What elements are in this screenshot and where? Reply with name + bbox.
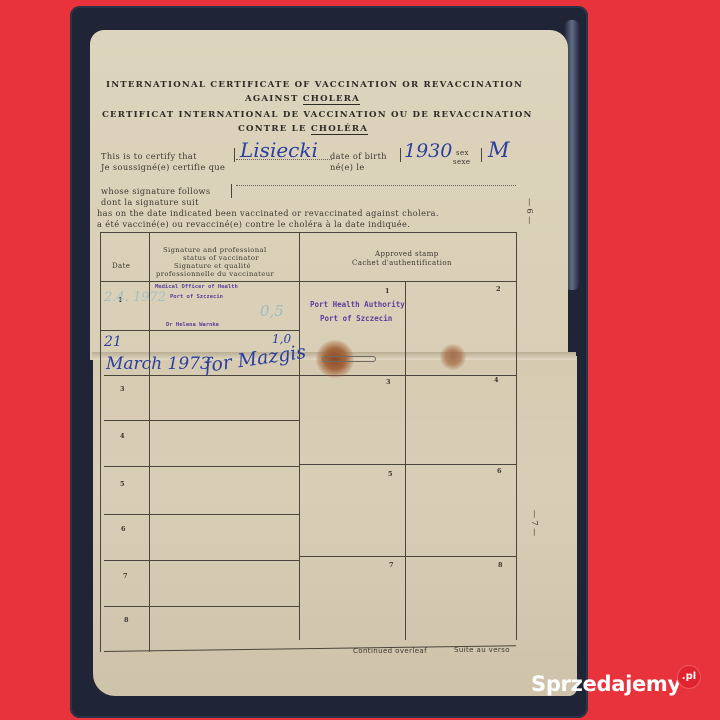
title-fr-line1: CERTIFICAT INTERNATIONAL DE VACCINATION … (102, 110, 533, 120)
stamp-cell-number: 8 (498, 561, 503, 569)
certify-label-en: This is to certify that (101, 151, 197, 161)
sprzedajemy-watermark: Sprzedajemy (531, 672, 681, 696)
col-header-stamp-1: Approved stamp (375, 250, 439, 258)
stamp-cell-number: 7 (389, 561, 394, 569)
entry1-dose-faded: 0,5 (260, 302, 284, 320)
field-divider (481, 148, 482, 162)
col-header-signature-3: Signature et qualité (174, 262, 251, 270)
stamp-cell-number: 3 (386, 378, 391, 386)
dob-field: 1930 (404, 140, 452, 162)
entry2-dose: 1,0 (272, 332, 291, 346)
row-number: 7 (123, 572, 128, 580)
row-number: 3 (120, 385, 125, 393)
stamp-cell-number: 2 (496, 285, 501, 293)
title-fr-prefix: CONTRE LE (238, 124, 307, 134)
entry1-officer-stamp-3: Dr Helena Warnke (166, 322, 219, 328)
row-number: 8 (124, 616, 129, 624)
entry1-officer-stamp-1: Medical Officer of Health (155, 284, 238, 290)
sprzedajemy-tld-badge: .pl (678, 666, 700, 688)
row-number: 6 (121, 525, 126, 533)
title-fr-line2: CONTRE LE CHOLÉRA (238, 124, 368, 134)
entry1-authority-stamp-2: Port of Szczecin (320, 314, 392, 323)
sex-label-fr: sexe (453, 158, 470, 166)
field-divider (231, 184, 232, 198)
signature-label-fr: dont la signature suit (101, 197, 199, 207)
field-divider (234, 148, 235, 162)
rust-stain (440, 344, 466, 370)
row-number: 5 (120, 480, 125, 488)
title-en-disease: CHOLERA (303, 94, 360, 105)
footer-continued-fr: Suite au verso (454, 646, 510, 654)
sex-field: M (488, 138, 510, 162)
stamp-cell-number: 1 (385, 287, 390, 295)
col-header-signature-4: professionnelle du vaccinateur (156, 270, 274, 278)
page-number-top: — 6 — (525, 198, 534, 224)
entry1-date-faded: 2.4. 1972 (104, 290, 166, 305)
dob-label-fr: né(e) le (330, 162, 365, 172)
entry2-date-month-year: March 1973 (106, 354, 211, 374)
name-underline (236, 159, 332, 160)
entry1-authority-stamp-1: Port Health Authority (310, 300, 405, 309)
signature-field (236, 185, 516, 186)
field-divider (400, 148, 401, 162)
entry2-date-day: 21 (104, 334, 122, 350)
col-header-signature-1: Signature and professional (163, 246, 267, 254)
row-number: 4 (120, 432, 125, 440)
stamp-cell-number: 4 (494, 376, 499, 384)
stamp-cell-number: 6 (497, 467, 502, 475)
title-en-line2: AGAINST CHOLERA (245, 94, 360, 104)
dob-label-en: date of birth (330, 151, 387, 161)
sex-label-en: sex (456, 149, 469, 157)
statement-fr: a été vacciné(e) ou revacciné(e) contre … (97, 219, 410, 229)
entry1-officer-stamp-2: Port of Szczecin (170, 294, 223, 300)
certify-label-fr: Je soussigné(e) certifie que (101, 162, 225, 172)
staple-pin (322, 356, 376, 362)
title-fr-disease: CHOLÉRA (311, 124, 368, 135)
stamp-cell-number: 5 (388, 470, 393, 478)
page-number-bottom: — 7 — (530, 510, 539, 536)
col-header-signature-2: status of vaccinator (183, 254, 259, 262)
title-en-prefix: AGAINST (245, 94, 299, 104)
col-header-date: Date (112, 262, 130, 270)
statement-en: has on the date indicated been vaccinate… (97, 208, 439, 218)
col-header-stamp-2: Cachet d'authentification (352, 259, 452, 267)
footer-continued-en: Continued overleaf (353, 647, 427, 655)
signature-label-en: whose signature follows (101, 186, 211, 196)
title-en-line1: INTERNATIONAL CERTIFICATE OF VACCINATION… (106, 80, 523, 90)
